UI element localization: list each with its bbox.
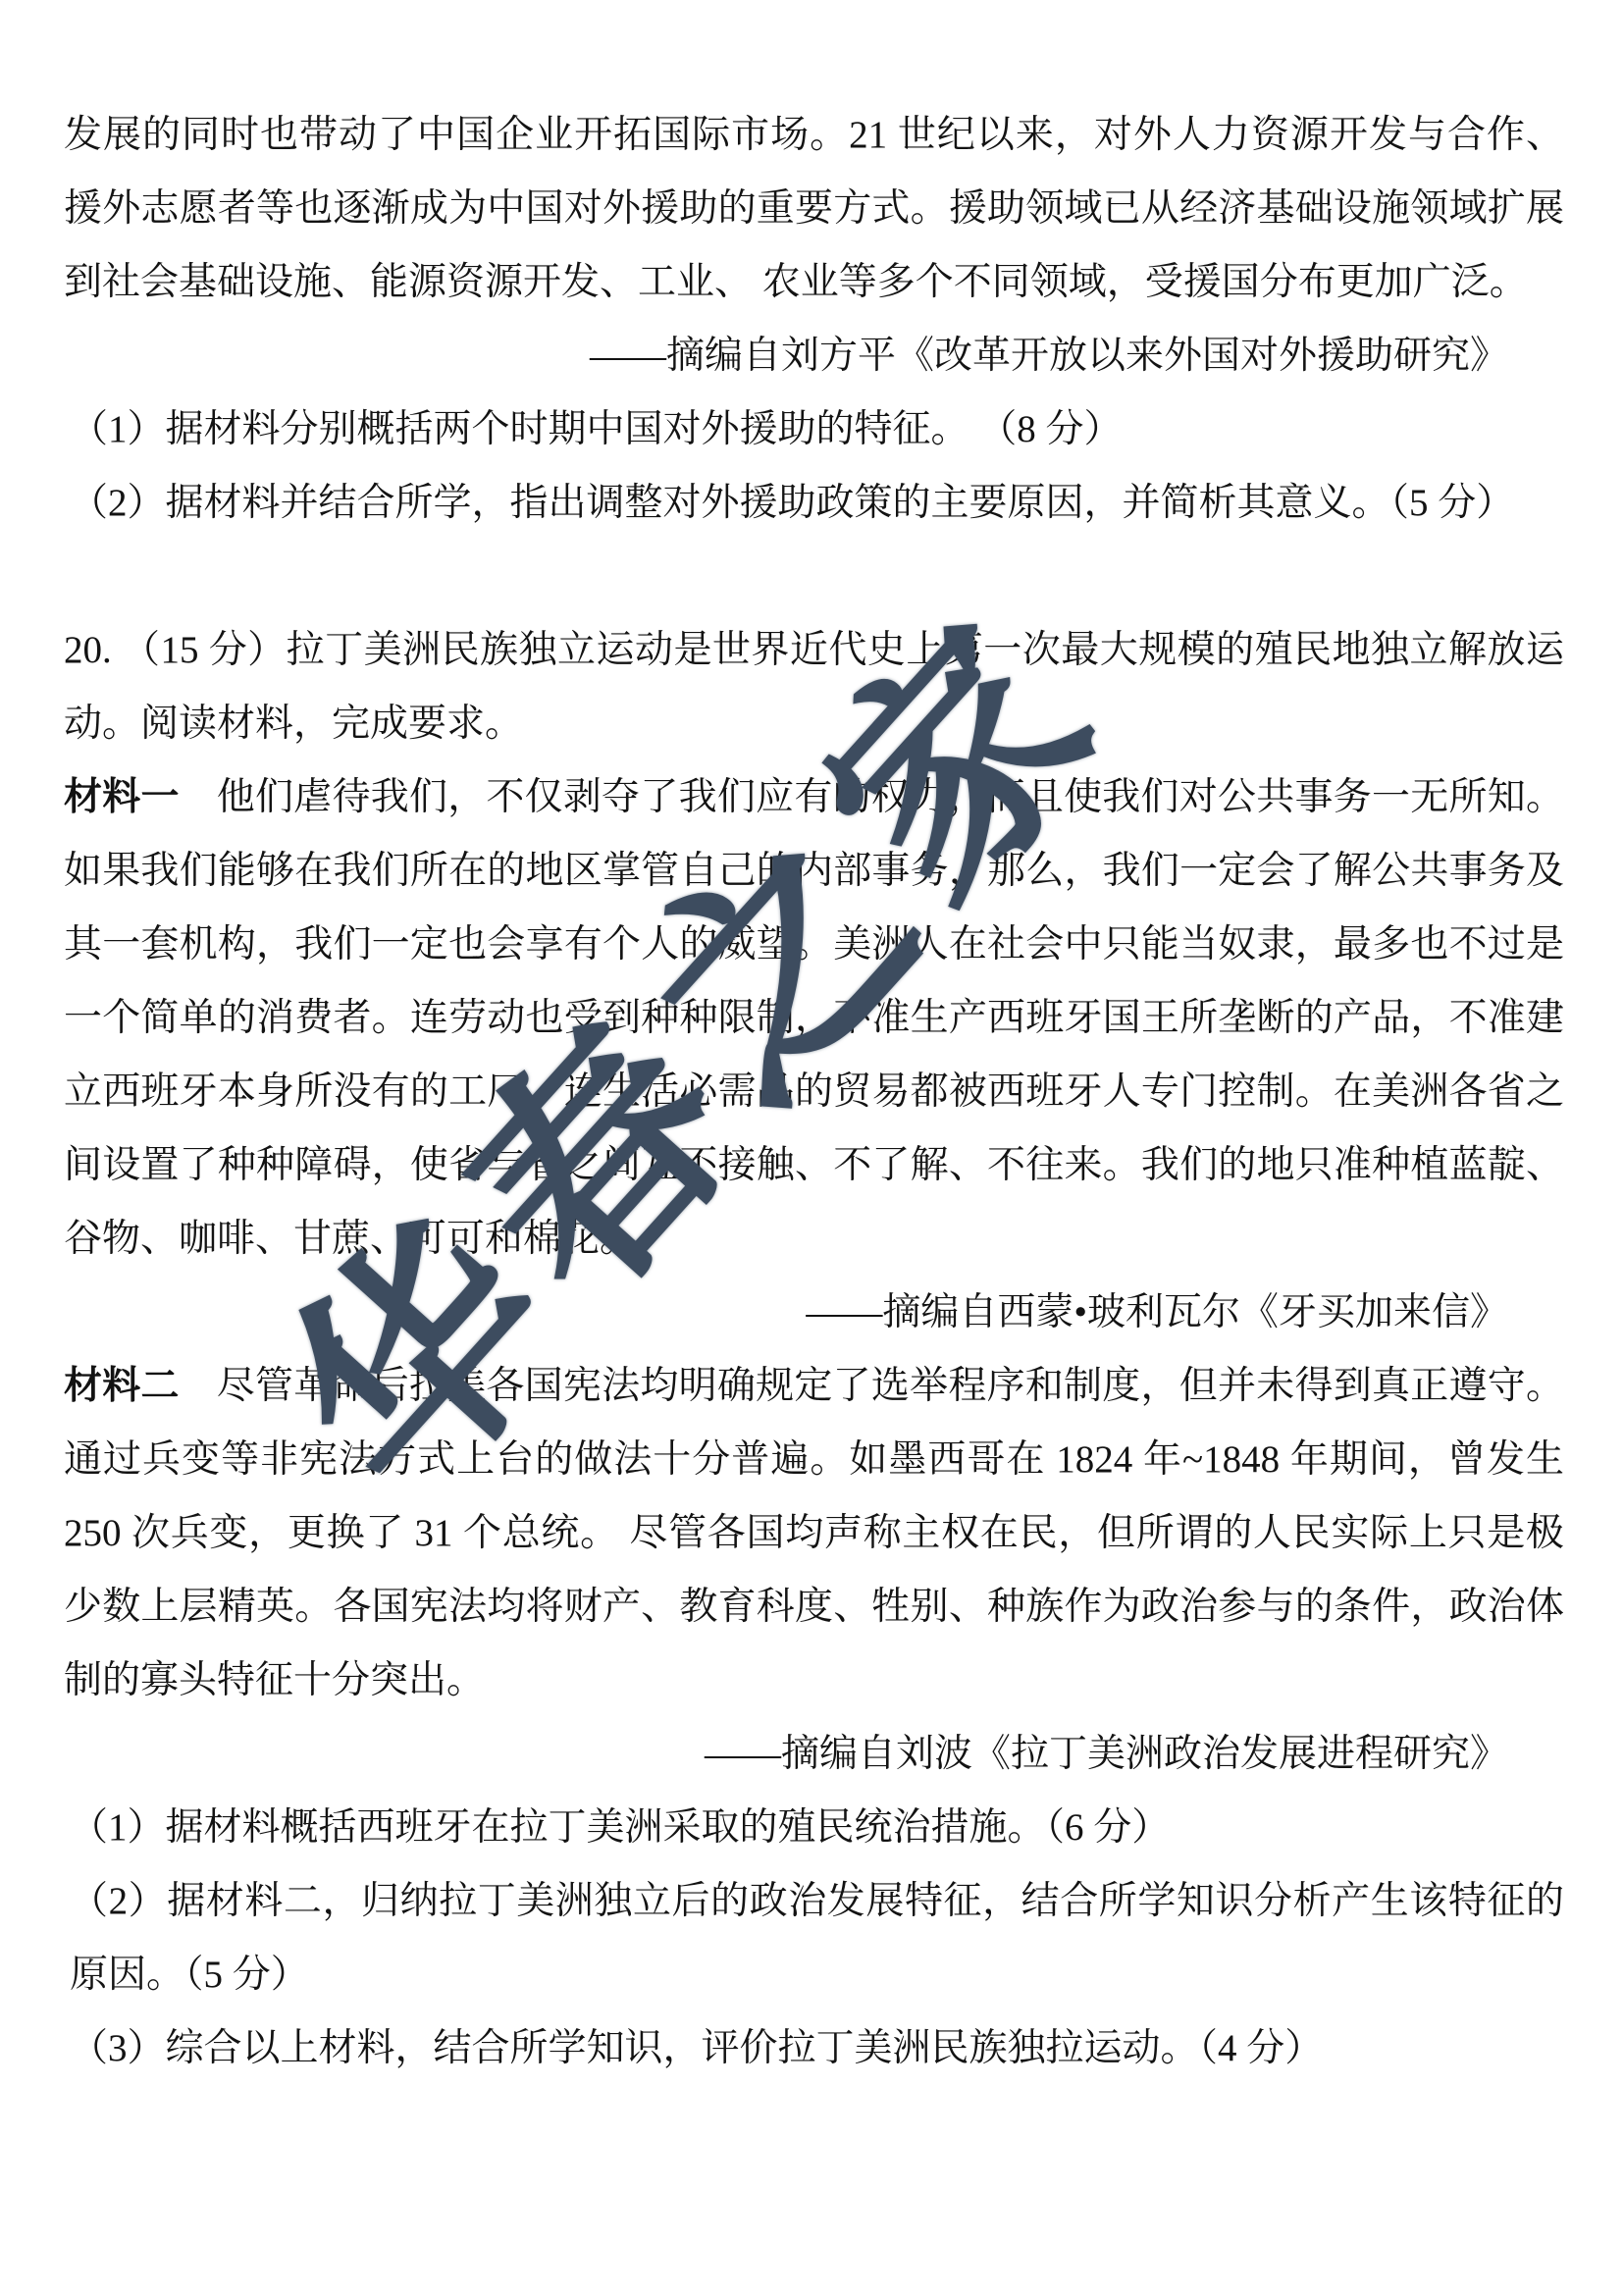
blank-line (64, 540, 1564, 613)
question-20-3: （3）综合以上材料，结合所学知识，评价拉丁美洲民族独拉运动。（4 分） (64, 2011, 1564, 2085)
question-19-1: （1）据材料分别概括两个时期中国对外援助的特征。 （8 分） (64, 392, 1564, 466)
question-19-2: （2）据材料并结合所学，指出调整对外援助政策的主要原因，并简析其意义。（5 分） (64, 466, 1564, 540)
material-one-text: 他们虐待我们，不仅剥夺了我们应有的权力，而且使我们对公共事务一无所知。如果我们能… (64, 776, 1564, 1260)
source-citation-liufangping: ——摘编自刘方平《改革开放以来外国对外援助研究》 (64, 319, 1564, 392)
material-two-paragraph: 材料二尽管革命后拉美各国宪法均明确规定了选举程序和制度，但并未得到真正遵守。通过… (64, 1349, 1564, 1717)
material-two-text: 尽管革命后拉美各国宪法均明确规定了选举程序和制度，但并未得到真正遵守。通过兵变等… (64, 1365, 1564, 1701)
aid-paragraph: 发展的同时也带动了中国企业开拓国际市场。21 世纪以来，对外人力资源开发与合作、… (64, 98, 1564, 319)
exam-page: 发展的同时也带动了中国企业开拓国际市场。21 世纪以来，对外人力资源开发与合作、… (64, 98, 1564, 2085)
material-one-label: 材料一 (64, 776, 180, 818)
question-20-intro: 20. （15 分）拉丁美洲民族独立运动是世界近代史上第一次最大规模的殖民地独立… (64, 613, 1564, 760)
source-citation-liubo: ——摘编自刘波《拉丁美洲政治发展进程研究》 (64, 1717, 1564, 1791)
question-20-2: （2）据材料二，归纳拉丁美洲独立后的政治发展特征，结合所学知识分析产生该特征的原… (64, 1864, 1564, 2011)
material-two-label: 材料二 (64, 1365, 180, 1407)
source-citation-bolivar: ——摘编自西蒙•玻利瓦尔《牙买加来信》 (64, 1276, 1564, 1349)
material-one-paragraph: 材料一他们虐待我们，不仅剥夺了我们应有的权力，而且使我们对公共事务一无所知。如果… (64, 760, 1564, 1276)
question-20-1: （1）据材料概括西班牙在拉丁美洲采取的殖民统治措施。（6 分） (64, 1791, 1564, 1864)
